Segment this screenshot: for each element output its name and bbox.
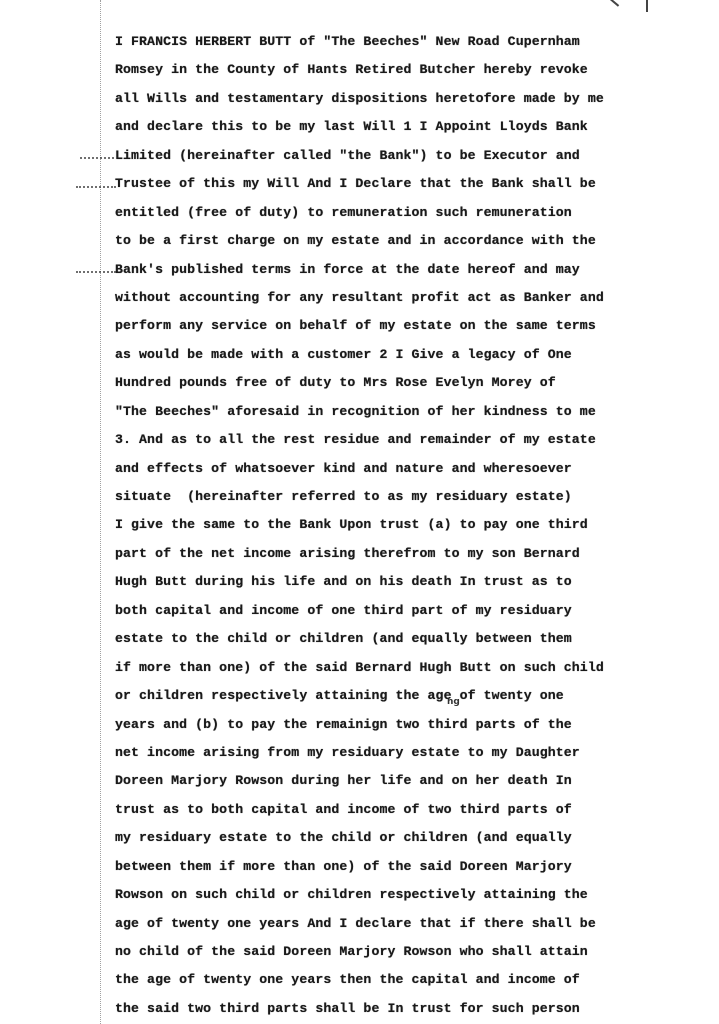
- text-line: and effects of whatsoever kind and natur…: [115, 455, 675, 483]
- text-line: Hugh Butt during his life and on his dea…: [115, 568, 675, 596]
- text-line: years and (b) to pay the remainign two t…: [115, 711, 675, 739]
- text-line: "The Beeches" aforesaid in recognition o…: [115, 398, 675, 426]
- text-line: net income arising from my residuary est…: [115, 739, 675, 767]
- margin-dotted-rule: [100, 0, 101, 1024]
- text-line: trust as to both capital and income of t…: [115, 796, 675, 824]
- leader-dots: [76, 186, 116, 188]
- text-line: the age of twenty one years then the cap…: [115, 966, 675, 994]
- text-line: 3. And as to all the rest residue and re…: [115, 426, 675, 454]
- will-body-text: I FRANCIS HERBERT BUTT of "The Beeches" …: [115, 28, 675, 1023]
- margin-slash-mark: [608, 0, 620, 6]
- text-line: Trustee of this my Will And I Declare th…: [115, 170, 675, 198]
- text-line: Rowson on such child or children respect…: [115, 881, 675, 909]
- text-line: between them if more than one) of the sa…: [115, 853, 675, 881]
- text-line: to be a first charge on my estate and in…: [115, 227, 675, 255]
- document-page: I FRANCIS HERBERT BUTT of "The Beeches" …: [0, 0, 719, 1024]
- text-line: Limited (hereinafter called "the Bank") …: [115, 142, 675, 170]
- text-line: as would be made with a customer 2 I Giv…: [115, 341, 675, 369]
- text-line: Hundred pounds free of duty to Mrs Rose …: [115, 369, 675, 397]
- text-line: I FRANCIS HERBERT BUTT of "The Beeches" …: [115, 28, 675, 56]
- text-line: Bank's published terms in force at the d…: [115, 256, 675, 284]
- text-line: I give the same to the Bank Upon trust (…: [115, 511, 675, 539]
- text-line: Romsey in the County of Hants Retired Bu…: [115, 56, 675, 84]
- text-line: perform any service on behalf of my esta…: [115, 312, 675, 340]
- text-line: Doreen Marjory Rowson during her life an…: [115, 767, 675, 795]
- handwritten-correction: ng: [447, 697, 460, 707]
- leader-dots: [76, 271, 116, 273]
- text-line: no child of the said Doreen Marjory Rows…: [115, 938, 675, 966]
- text-line: or children respectively attaining the a…: [115, 682, 675, 710]
- text-line: and declare this to be my last Will 1 I …: [115, 113, 675, 141]
- text-line: entitled (free of duty) to remuneration …: [115, 199, 675, 227]
- text-line: my residuary estate to the child or chil…: [115, 824, 675, 852]
- text-line: estate to the child or children (and equ…: [115, 625, 675, 653]
- margin-tick-mark: [646, 0, 648, 12]
- text-line: age of twenty one years And I declare th…: [115, 910, 675, 938]
- text-line: both capital and income of one third par…: [115, 597, 675, 625]
- text-line: situate (hereinafter referred to as my r…: [115, 483, 675, 511]
- text-line: all Wills and testamentary dispositions …: [115, 85, 675, 113]
- text-line: part of the net income arising therefrom…: [115, 540, 675, 568]
- text-line: if more than one) of the said Bernard Hu…: [115, 654, 675, 682]
- leader-dots: [80, 157, 114, 159]
- text-line: without accounting for any resultant pro…: [115, 284, 675, 312]
- text-line: the said two third parts shall be In tru…: [115, 995, 675, 1023]
